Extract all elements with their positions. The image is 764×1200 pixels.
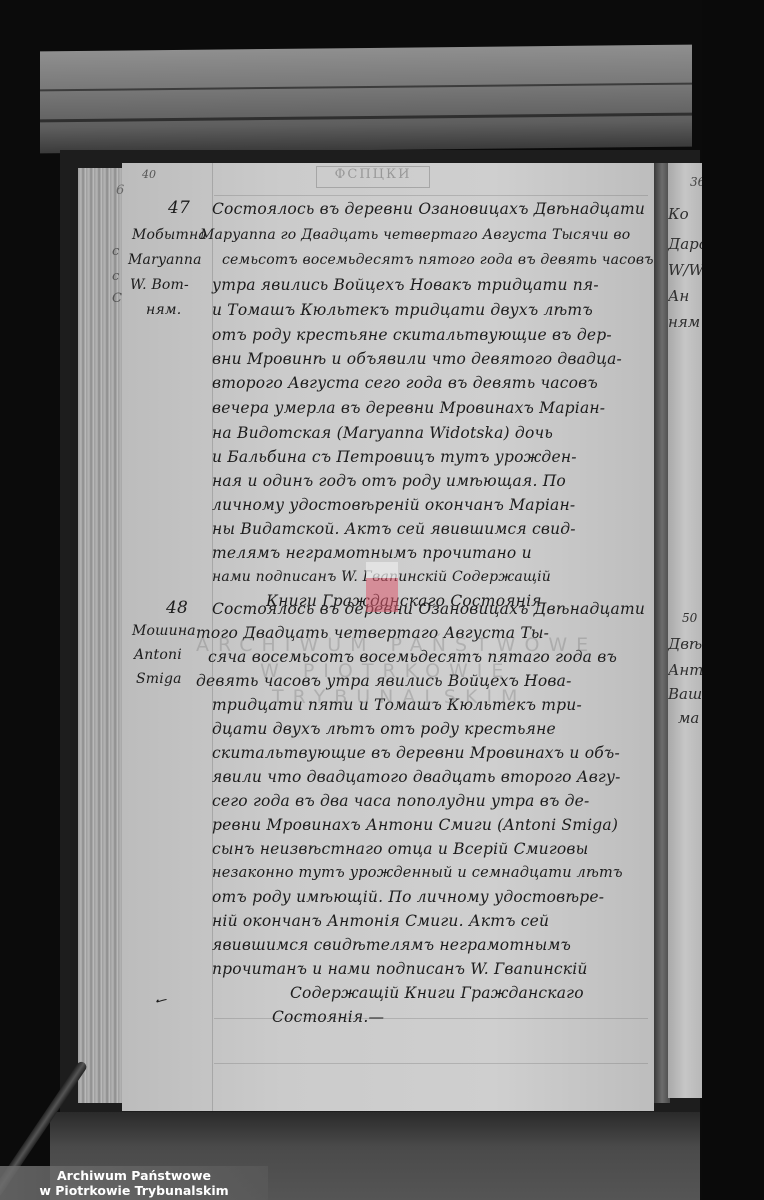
margin-note: Мобытна [132, 228, 207, 242]
text-line: дцати двухъ лѣтъ отъ роду крестьяне [212, 722, 556, 738]
margin-tick: C [112, 292, 122, 305]
marker-tab [366, 562, 398, 578]
margin-tick: c [112, 245, 119, 258]
text-line: вни Мровинѣ и объявили что девятого двад… [212, 352, 622, 368]
archive-stamp: ФСПЦКИ [316, 166, 430, 188]
entry-number: 47 [168, 200, 190, 217]
margin-tick: 6 [116, 184, 124, 197]
text-line: на Видотская (Maryanna Widotska) дочь [212, 426, 553, 442]
text-line: ревни Мровинахъ Антони Смиги (Antoni Smi… [212, 818, 618, 834]
page-stack-edge [78, 168, 126, 1103]
margin-note: W. Вот- [130, 278, 189, 292]
text-line: ны Видатской. Актъ сей явившимся свид- [212, 522, 576, 538]
archive-logo: Archiwum Państwowe w Piotrkowie Trybunal… [0, 1166, 268, 1200]
text-line: сынъ неизвѣстнаго отца и Всерій Смиговы [212, 842, 588, 858]
text-line: прочитанъ и нами подписанъ W. Гвапинскій [212, 962, 588, 978]
text-line: личному удостовѣреній окончанъ Маріан- [212, 498, 575, 514]
text-line: и Бальбина съ Петровицъ тутъ урожден- [212, 450, 577, 466]
archive-logo-line1: Archiwum Państwowe [0, 1168, 268, 1183]
archive-logo-line2: w Piotrkowie Trybunalskim [0, 1183, 268, 1198]
entry-number: 48 [166, 600, 188, 617]
text-line: Состоялось въ деревни Озановицахъ Двѣнад… [212, 202, 645, 218]
signature: Состоянія.— [272, 1010, 384, 1026]
facing-page-edge: 36 Ко Дарон W/Wc Ан ням 50 Двѣн Ант Ваш … [668, 163, 702, 1098]
text-line: отъ роду крестьяне скитальтвующие въ дер… [212, 328, 612, 344]
text-line: ній окончанъ Антонія Смиги. Актъ сей [212, 914, 549, 930]
text-line: Состоялось въ деревни Озановицахъ Двѣнад… [212, 602, 645, 618]
signature: Содержащій Книги Гражданскаго [290, 986, 584, 1002]
text-line: утра явились Войцехъ Новакъ тридцати пя- [212, 278, 599, 294]
text-line: явили что двадцатого двадцать второго Ав… [212, 770, 621, 786]
text-line: ная и одинъ годъ отъ роду имѣющая. По [212, 474, 566, 490]
text-line: и Томашъ Кюльтекъ тридцати двухъ лѣтъ [212, 303, 593, 319]
text-line: скитальтвующие въ деревни Мровинахъ и об… [212, 746, 620, 762]
text-line: семьсотъ восемьдесятъ пятого года въ дев… [222, 253, 654, 267]
book-cover-edge [40, 45, 692, 154]
margin-note: Smiga [136, 672, 182, 686]
margin-tick: c [112, 270, 119, 283]
text-line: вечера умерла въ деревни Мровинахъ Маріа… [212, 401, 605, 417]
red-marker-highlight [366, 578, 398, 612]
margin-note: ням. [146, 303, 181, 317]
text-line: отъ роду имѣющій. По личному удостовѣре- [212, 890, 604, 906]
margin-note: Маryanna [128, 253, 202, 267]
margin-note: Мошина [132, 624, 196, 638]
text-line: незаконно тутъ урожденный и семнадцати л… [212, 866, 623, 881]
text-line: второго Августа сего года въ девять часо… [212, 376, 598, 392]
archival-scan: 40 ФСПЦКИ 6 c c C 47 Мобытна Маryanna W.… [0, 0, 764, 1200]
text-line: сего года въ два часа пополудни утра въ … [212, 794, 589, 810]
text-line: Марyаnnа го Двадцать четвертаго Августа … [200, 228, 630, 242]
text-line: телямъ неграмотнымъ прочитано и [212, 546, 532, 562]
scanner-background [702, 0, 764, 1200]
margin-note: Antoni [134, 648, 182, 662]
text-line: явившимся свидѣтелямъ неграмотнымъ [212, 938, 571, 954]
page-number: 40 [142, 168, 156, 181]
